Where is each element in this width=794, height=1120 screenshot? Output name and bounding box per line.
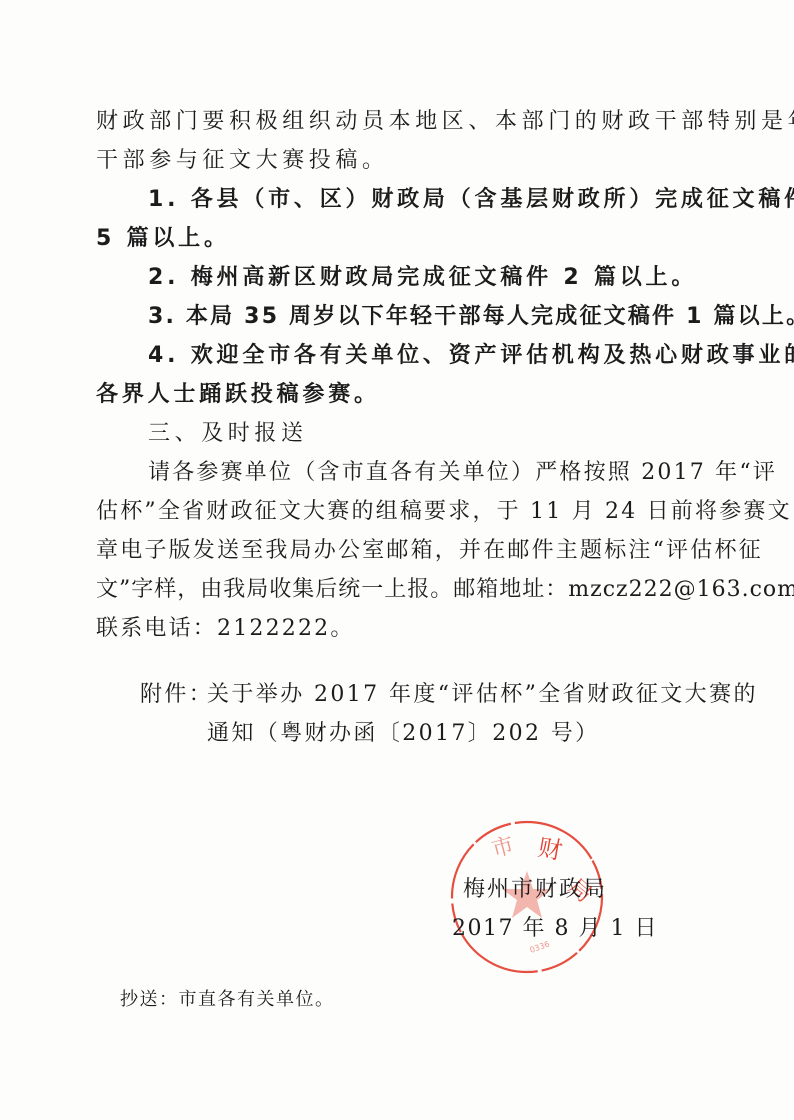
list-item-2: 2. 梅州高新区财政局完成征文稿件 2 篇以上。	[148, 263, 700, 293]
paragraph-line: 请各参赛单位（含市直各有关单位）严格按照 2017 年“评	[148, 458, 700, 488]
svg-text:财: 财	[536, 833, 564, 865]
paragraph-line: 财政部门要积极组织动员本地区、本部门的财政干部特别是年轻	[96, 107, 700, 137]
list-item-4-cont: 各界人士踊跃投稿参赛。	[96, 380, 700, 410]
section-heading: 三、及时报送	[148, 419, 700, 449]
list-item-1-cont: 5 篇以上。	[96, 224, 700, 254]
attachment-label: 附件：	[140, 680, 213, 710]
paragraph-line: 干部参与征文大赛投稿。	[96, 146, 700, 176]
attachment-title: 关于举办 2017 年度“评估杯”全省财政征文大赛的	[207, 680, 758, 710]
paragraph-line-phone: 联系电话：2122222。	[96, 614, 700, 644]
signature-date: 2017 年 8 月 1 日	[452, 914, 658, 944]
list-item-1: 1. 各县（市、区）财政局（含基层财政所）完成征文稿件	[148, 185, 700, 215]
document-page: 财政部门要积极组织动员本地区、本部门的财政干部特别是年轻 干部参与征文大赛投稿。…	[0, 0, 794, 1120]
paragraph-line-email: 文”字样，由我局收集后统一上报。邮箱地址：mzcz222@163.com;	[96, 575, 700, 605]
cc-recipients: 抄送：市直各有关单位。	[120, 987, 335, 1013]
attachment-title-cont: 通知（粤财办函〔2017〕202 号）	[207, 719, 600, 749]
list-item-3: 3. 本局 35 周岁以下年轻干部每人完成征文稿件 1 篇以上。	[148, 302, 700, 332]
svg-text:市: 市	[489, 833, 517, 863]
list-item-4: 4. 欢迎全市各有关单位、资产评估机构及热心财政事业的	[148, 341, 700, 371]
signature-organization: 梅州市财政局	[463, 875, 607, 905]
paragraph-line: 章电子版发送至我局办公室邮箱，并在邮件主题标注“评估杯征	[96, 536, 700, 566]
paragraph-line: 估杯”全省财政征文大赛的组稿要求，于 11 月 24 日前将参赛文	[96, 497, 700, 527]
